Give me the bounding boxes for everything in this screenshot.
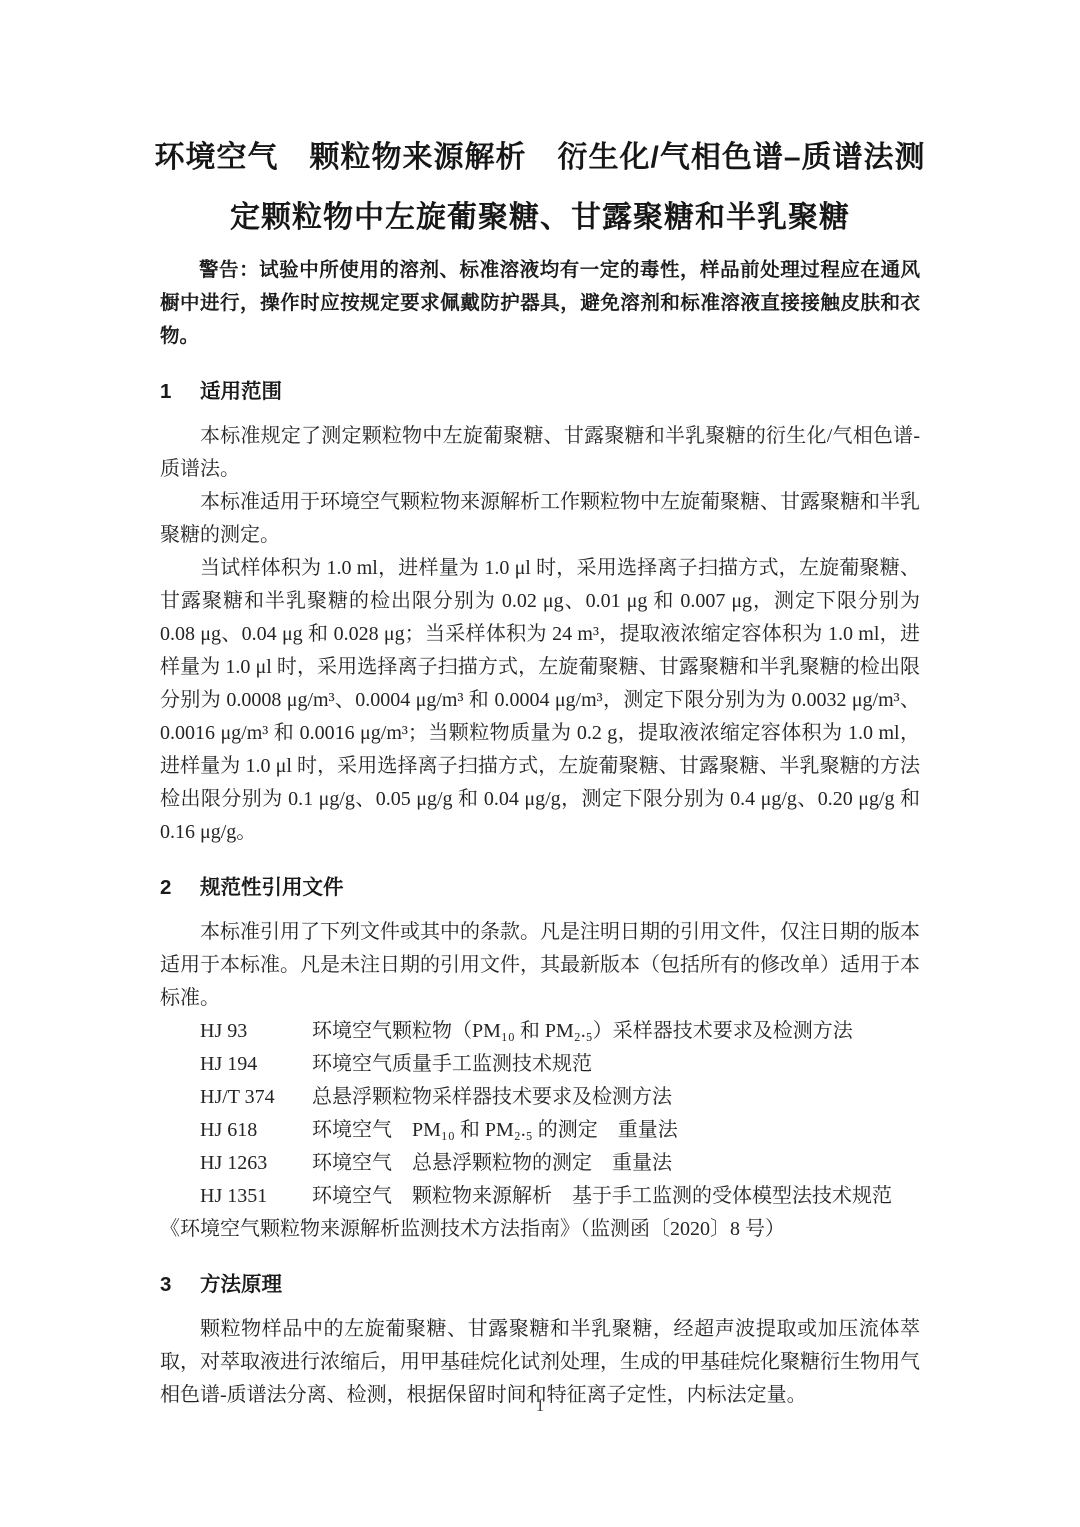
reference-item: HJ 1263 环境空气 总悬浮颗粒物的测定 重量法: [160, 1147, 920, 1180]
document-title: 环境空气 颗粒物来源解析 衍生化/气相色谱–质谱法测 定颗粒物中左旋葡聚糖、甘露…: [140, 128, 940, 248]
reference-item: HJ 194 环境空气质量手工监测技术规范: [160, 1048, 920, 1081]
section-1-heading: 1 适用范围: [160, 375, 920, 408]
reference-code: HJ 93: [200, 1015, 312, 1048]
title-line-2: 定颗粒物中左旋葡聚糖、甘露聚糖和半乳聚糖: [140, 188, 940, 248]
reference-code: HJ/T 374: [200, 1081, 312, 1114]
title-line-1: 环境空气 颗粒物来源解析 衍生化/气相色谱–质谱法测: [140, 128, 940, 188]
section-2-number: 2: [160, 871, 200, 904]
document-page: 环境空气 颗粒物来源解析 衍生化/气相色谱–质谱法测 定颗粒物中左旋葡聚糖、甘露…: [0, 0, 1080, 1527]
reference-title: 环境空气 颗粒物来源解析 基于手工监测的受体模型法技术规范: [312, 1180, 920, 1213]
section-method-principle: 3 方法原理 颗粒物样品中的左旋葡聚糖、甘露聚糖和半乳聚糖，经超声波提取或加压流…: [160, 1268, 920, 1412]
page-number: 1: [0, 1396, 1080, 1416]
reference-code: HJ 194: [200, 1048, 312, 1081]
section-1-number: 1: [160, 375, 200, 408]
section-3-number: 3: [160, 1268, 200, 1301]
section-1-title: 适用范围: [200, 375, 282, 408]
reference-code: HJ 1351: [200, 1180, 312, 1213]
reference-code: HJ 1263: [200, 1147, 312, 1180]
reference-title: 环境空气 总悬浮颗粒物的测定 重量法: [312, 1147, 920, 1180]
reference-item: HJ 93 环境空气颗粒物（PM₁₀ 和 PM₂.₅）采样器技术要求及检测方法: [160, 1015, 920, 1048]
section-3-title: 方法原理: [200, 1268, 282, 1301]
reference-item: HJ 1351 环境空气 颗粒物来源解析 基于手工监测的受体模型法技术规范: [160, 1180, 920, 1213]
reference-title: 环境空气颗粒物（PM₁₀ 和 PM₂.₅）采样器技术要求及检测方法: [312, 1015, 920, 1048]
scope-paragraph-1: 本标准规定了测定颗粒物中左旋葡聚糖、甘露聚糖和半乳聚糖的衍生化/气相色谱-质谱法…: [160, 420, 920, 486]
section-3-heading: 3 方法原理: [160, 1268, 920, 1301]
reference-code: HJ 618: [200, 1114, 312, 1147]
section-2-title: 规范性引用文件: [200, 871, 344, 904]
reference-guide-document: 《环境空气颗粒物来源解析监测技术方法指南》（监测函〔2020〕8 号）: [160, 1213, 920, 1246]
reference-title: 环境空气质量手工监测技术规范: [312, 1048, 920, 1081]
section-2-heading: 2 规范性引用文件: [160, 871, 920, 904]
reference-title: 总悬浮颗粒物采样器技术要求及检测方法: [312, 1081, 920, 1114]
reference-item: HJ 618 环境空气 PM₁₀ 和 PM₂.₅ 的测定 重量法: [160, 1114, 920, 1147]
reference-title: 环境空气 PM₁₀ 和 PM₂.₅ 的测定 重量法: [312, 1114, 920, 1147]
references-intro-paragraph: 本标准引用了下列文件或其中的条款。凡是注明日期的引用文件，仅注日期的版本适用于本…: [160, 916, 920, 1015]
scope-paragraph-3: 当试样体积为 1.0 ml，进样量为 1.0 μl 时，采用选择离子扫描方式，左…: [160, 552, 920, 849]
reference-item: HJ/T 374 总悬浮颗粒物采样器技术要求及检测方法: [160, 1081, 920, 1114]
warning-paragraph: 警告：试验中所使用的溶剂、标准溶液均有一定的毒性，样品前处理过程应在通风橱中进行…: [160, 254, 920, 353]
scope-paragraph-2: 本标准适用于环境空气颗粒物来源解析工作颗粒物中左旋葡聚糖、甘露聚糖和半乳聚糖的测…: [160, 486, 920, 552]
section-scope: 1 适用范围 本标准规定了测定颗粒物中左旋葡聚糖、甘露聚糖和半乳聚糖的衍生化/气…: [160, 375, 920, 849]
section-normative-references: 2 规范性引用文件 本标准引用了下列文件或其中的条款。凡是注明日期的引用文件，仅…: [160, 871, 920, 1246]
